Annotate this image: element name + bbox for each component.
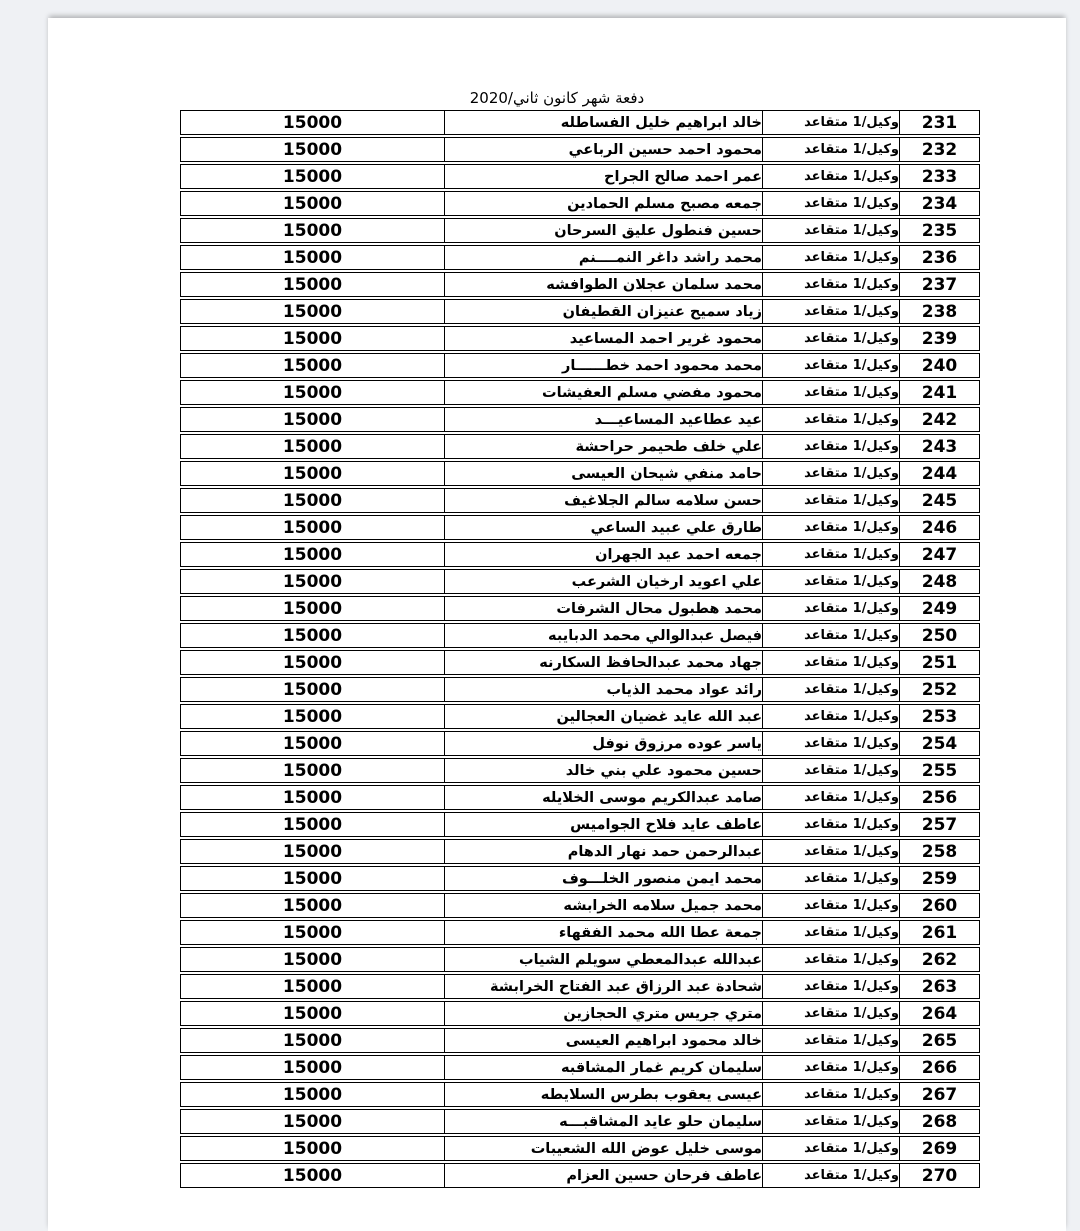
row-number-cell: 234 (900, 191, 980, 216)
table-row: 15000جهاد محمد عبدالحافظ السكارنهوكيل/1 … (180, 650, 980, 675)
table-row: 15000عيسى يعقوب بطرس السلايطهوكيل/1 متقا… (180, 1082, 980, 1107)
row-number-cell: 237 (900, 272, 980, 297)
table-row: 15000عبدالله عبدالمعطي سويلم الشيابوكيل/… (180, 947, 980, 972)
name-cell: جمعه احمد عيد الجهران (445, 542, 763, 567)
table-row: 15000عمر احمد صالح الجراحوكيل/1 متقاعد23… (180, 164, 980, 189)
table-row: 15000محمود مفضي مسلم العفيشاتوكيل/1 متقا… (180, 380, 980, 405)
table-row: 15000خالد محمود ابراهيم العيسىوكيل/1 متق… (180, 1028, 980, 1053)
amount-cell: 15000 (180, 893, 445, 918)
row-number-cell: 233 (900, 164, 980, 189)
row-number-cell: 255 (900, 758, 980, 783)
name-cell: محمد جميل سلامه الخرابشه (445, 893, 763, 918)
table-row: 15000جمعه احمد عيد الجهرانوكيل/1 متقاعد2… (180, 542, 980, 567)
name-cell: ياسر عوده مرزوق نوفل (445, 731, 763, 756)
name-cell: محمود مفضي مسلم العفيشات (445, 380, 763, 405)
table-row: 15000محمد جميل سلامه الخرابشهوكيل/1 متقا… (180, 893, 980, 918)
row-number-cell: 236 (900, 245, 980, 270)
rank-cell: وكيل/1 متقاعد (763, 542, 900, 567)
table-row: 15000رائد عواد محمد الذيابوكيل/1 متقاعد2… (180, 677, 980, 702)
table-row: 15000متري جريس متري الحجازينوكيل/1 متقاع… (180, 1001, 980, 1026)
rank-cell: وكيل/1 متقاعد (763, 839, 900, 864)
amount-cell: 15000 (180, 515, 445, 540)
rank-cell: وكيل/1 متقاعد (763, 191, 900, 216)
row-number-cell: 242 (900, 407, 980, 432)
name-cell: جهاد محمد عبدالحافظ السكارنه (445, 650, 763, 675)
amount-cell: 15000 (180, 218, 445, 243)
name-cell: عبدالرحمن حمد نهار الدهام (445, 839, 763, 864)
amount-cell: 15000 (180, 137, 445, 162)
amount-cell: 15000 (180, 326, 445, 351)
row-number-cell: 232 (900, 137, 980, 162)
rank-cell: وكيل/1 متقاعد (763, 920, 900, 945)
table-row: 15000جمعة عطا الله محمد الفقهاءوكيل/1 مت… (180, 920, 980, 945)
table-row: 15000زياد سميح عنيزان القطيفانوكيل/1 متق… (180, 299, 980, 324)
row-number-cell: 253 (900, 704, 980, 729)
row-number-cell: 265 (900, 1028, 980, 1053)
amount-cell: 15000 (180, 1136, 445, 1161)
amount-cell: 15000 (180, 272, 445, 297)
amount-cell: 15000 (180, 596, 445, 621)
amount-cell: 15000 (180, 866, 445, 891)
row-number-cell: 259 (900, 866, 980, 891)
table-row: 15000علي خلف طحيمر حراحشةوكيل/1 متقاعد24… (180, 434, 980, 459)
rank-cell: وكيل/1 متقاعد (763, 893, 900, 918)
table-row: 15000محمد هطبول محال الشرفاتوكيل/1 متقاع… (180, 596, 980, 621)
name-cell: حسين محمود علي بني خالد (445, 758, 763, 783)
name-cell: محمود غرير احمد المساعيد (445, 326, 763, 351)
rank-cell: وكيل/1 متقاعد (763, 947, 900, 972)
rank-cell: وكيل/1 متقاعد (763, 1055, 900, 1080)
amount-cell: 15000 (180, 1082, 445, 1107)
row-number-cell: 263 (900, 974, 980, 999)
table-row: 15000موسى خليل عوض الله الشعيباتوكيل/1 م… (180, 1136, 980, 1161)
rank-cell: وكيل/1 متقاعد (763, 245, 900, 270)
row-number-cell: 258 (900, 839, 980, 864)
name-cell: متري جريس متري الحجازين (445, 1001, 763, 1026)
document-viewer: دفعة شهر كانون ثاني/2020 15000خالد ابراه… (0, 0, 1080, 1231)
amount-cell: 15000 (180, 1028, 445, 1053)
amount-cell: 15000 (180, 785, 445, 810)
rank-cell: وكيل/1 متقاعد (763, 758, 900, 783)
table-row: 15000محمد محمود احمد خطــــــاروكيل/1 مت… (180, 353, 980, 378)
document-title: دفعة شهر كانون ثاني/2020 (48, 89, 1066, 107)
rank-cell: وكيل/1 متقاعد (763, 218, 900, 243)
name-cell: عاطف عايد فلاح الجواميس (445, 812, 763, 837)
rank-cell: وكيل/1 متقاعد (763, 1163, 900, 1188)
amount-cell: 15000 (180, 650, 445, 675)
amount-cell: 15000 (180, 191, 445, 216)
rank-cell: وكيل/1 متقاعد (763, 1028, 900, 1053)
row-number-cell: 267 (900, 1082, 980, 1107)
table-row: 15000حسين فنطول عليق السرحانوكيل/1 متقاع… (180, 218, 980, 243)
row-number-cell: 248 (900, 569, 980, 594)
table-row: 15000خالد ابراهيم خليل الفساطلهوكيل/1 مت… (180, 110, 980, 135)
name-cell: خالد محمود ابراهيم العيسى (445, 1028, 763, 1053)
row-number-cell: 251 (900, 650, 980, 675)
row-number-cell: 243 (900, 434, 980, 459)
table-row: 15000محمود احمد حسين الرباعيوكيل/1 متقاع… (180, 137, 980, 162)
table-row: 15000محمود غرير احمد المساعيدوكيل/1 متقا… (180, 326, 980, 351)
payroll-table-body: 15000خالد ابراهيم خليل الفساطلهوكيل/1 مت… (180, 110, 980, 1188)
amount-cell: 15000 (180, 731, 445, 756)
name-cell: طارق علي عبيد الساعي (445, 515, 763, 540)
amount-cell: 15000 (180, 569, 445, 594)
table-row: 15000فيصل عبدالوالي محمد الدبايبهوكيل/1 … (180, 623, 980, 648)
amount-cell: 15000 (180, 947, 445, 972)
row-number-cell: 244 (900, 461, 980, 486)
name-cell: موسى خليل عوض الله الشعيبات (445, 1136, 763, 1161)
table-row: 15000حامد منفي شيحان العيسىوكيل/1 متقاعد… (180, 461, 980, 486)
payroll-table: 15000خالد ابراهيم خليل الفساطلهوكيل/1 مت… (180, 108, 980, 1190)
amount-cell: 15000 (180, 164, 445, 189)
amount-cell: 15000 (180, 704, 445, 729)
table-row: 15000سليمان حلو عايد المشاقبـــهوكيل/1 م… (180, 1109, 980, 1134)
amount-cell: 15000 (180, 353, 445, 378)
table-row: 15000عبدالرحمن حمد نهار الدهاموكيل/1 متق… (180, 839, 980, 864)
rank-cell: وكيل/1 متقاعد (763, 299, 900, 324)
name-cell: حسن سلامه سالم الجلاغيف (445, 488, 763, 513)
rank-cell: وكيل/1 متقاعد (763, 1082, 900, 1107)
name-cell: جمعة عطا الله محمد الفقهاء (445, 920, 763, 945)
rank-cell: وكيل/1 متقاعد (763, 353, 900, 378)
rank-cell: وكيل/1 متقاعد (763, 569, 900, 594)
name-cell: صامد عبدالكريم موسى الخلايله (445, 785, 763, 810)
amount-cell: 15000 (180, 1109, 445, 1134)
rank-cell: وكيل/1 متقاعد (763, 488, 900, 513)
amount-cell: 15000 (180, 407, 445, 432)
amount-cell: 15000 (180, 488, 445, 513)
name-cell: محمد هطبول محال الشرفات (445, 596, 763, 621)
amount-cell: 15000 (180, 1001, 445, 1026)
rank-cell: وكيل/1 متقاعد (763, 515, 900, 540)
name-cell: فيصل عبدالوالي محمد الدبايبه (445, 623, 763, 648)
row-number-cell: 247 (900, 542, 980, 567)
row-number-cell: 261 (900, 920, 980, 945)
name-cell: عيد عطاعيد المساعيـــد (445, 407, 763, 432)
table-row: 15000محمد راشد داغر النمــــنموكيل/1 متق… (180, 245, 980, 270)
table-row: 15000عاطف فرحان حسين العزاموكيل/1 متقاعد… (180, 1163, 980, 1188)
amount-cell: 15000 (180, 542, 445, 567)
rank-cell: وكيل/1 متقاعد (763, 272, 900, 297)
rank-cell: وكيل/1 متقاعد (763, 812, 900, 837)
row-number-cell: 269 (900, 1136, 980, 1161)
amount-cell: 15000 (180, 812, 445, 837)
row-number-cell: 256 (900, 785, 980, 810)
rank-cell: وكيل/1 متقاعد (763, 866, 900, 891)
table-row: 15000حسين محمود علي بني خالدوكيل/1 متقاع… (180, 758, 980, 783)
row-number-cell: 264 (900, 1001, 980, 1026)
table-row: 15000سليمان كريم غمار المشاقبهوكيل/1 متق… (180, 1055, 980, 1080)
rank-cell: وكيل/1 متقاعد (763, 1001, 900, 1026)
table-row: 15000عاطف عايد فلاح الجواميسوكيل/1 متقاع… (180, 812, 980, 837)
row-number-cell: 240 (900, 353, 980, 378)
table-row: 15000صامد عبدالكريم موسى الخلايلهوكيل/1 … (180, 785, 980, 810)
amount-cell: 15000 (180, 758, 445, 783)
row-number-cell: 257 (900, 812, 980, 837)
row-number-cell: 254 (900, 731, 980, 756)
name-cell: سليمان كريم غمار المشاقبه (445, 1055, 763, 1080)
rank-cell: وكيل/1 متقاعد (763, 623, 900, 648)
rank-cell: وكيل/1 متقاعد (763, 461, 900, 486)
name-cell: حامد منفي شيحان العيسى (445, 461, 763, 486)
amount-cell: 15000 (180, 434, 445, 459)
table-row: 15000شحادة عبد الرزاق عبد الفتاح الخرابش… (180, 974, 980, 999)
rank-cell: وكيل/1 متقاعد (763, 650, 900, 675)
rank-cell: وكيل/1 متقاعد (763, 1136, 900, 1161)
name-cell: محمود احمد حسين الرباعي (445, 137, 763, 162)
row-number-cell: 238 (900, 299, 980, 324)
name-cell: محمد محمود احمد خطــــــار (445, 353, 763, 378)
table-row: 15000عبد الله عايد غضيان العجالينوكيل/1 … (180, 704, 980, 729)
name-cell: جمعه مصبح مسلم الحمادين (445, 191, 763, 216)
amount-cell: 15000 (180, 110, 445, 135)
table-row: 15000عيد عطاعيد المساعيـــدوكيل/1 متقاعد… (180, 407, 980, 432)
name-cell: عيسى يعقوب بطرس السلايطه (445, 1082, 763, 1107)
name-cell: عبد الله عايد غضيان العجالين (445, 704, 763, 729)
name-cell: زياد سميح عنيزان القطيفان (445, 299, 763, 324)
name-cell: خالد ابراهيم خليل الفساطله (445, 110, 763, 135)
name-cell: سليمان حلو عايد المشاقبـــه (445, 1109, 763, 1134)
table-row: 15000حسن سلامه سالم الجلاغيفوكيل/1 متقاع… (180, 488, 980, 513)
amount-cell: 15000 (180, 623, 445, 648)
row-number-cell: 246 (900, 515, 980, 540)
amount-cell: 15000 (180, 677, 445, 702)
name-cell: محمد ايمن منصور الخلـــوف (445, 866, 763, 891)
row-number-cell: 250 (900, 623, 980, 648)
row-number-cell: 239 (900, 326, 980, 351)
name-cell: علي اعويد ارخيان الشرعب (445, 569, 763, 594)
rank-cell: وكيل/1 متقاعد (763, 137, 900, 162)
amount-cell: 15000 (180, 380, 445, 405)
rank-cell: وكيل/1 متقاعد (763, 704, 900, 729)
amount-cell: 15000 (180, 839, 445, 864)
name-cell: محمد راشد داغر النمــــنم (445, 245, 763, 270)
rank-cell: وكيل/1 متقاعد (763, 326, 900, 351)
table-row: 15000محمد سلمان عجلان الطوافشهوكيل/1 متق… (180, 272, 980, 297)
table-row: 15000محمد ايمن منصور الخلـــوفوكيل/1 متق… (180, 866, 980, 891)
amount-cell: 15000 (180, 245, 445, 270)
amount-cell: 15000 (180, 1163, 445, 1188)
rank-cell: وكيل/1 متقاعد (763, 731, 900, 756)
row-number-cell: 262 (900, 947, 980, 972)
name-cell: عمر احمد صالح الجراح (445, 164, 763, 189)
rank-cell: وكيل/1 متقاعد (763, 164, 900, 189)
rank-cell: وكيل/1 متقاعد (763, 1109, 900, 1134)
name-cell: حسين فنطول عليق السرحان (445, 218, 763, 243)
table-row: 15000جمعه مصبح مسلم الحمادينوكيل/1 متقاع… (180, 191, 980, 216)
rank-cell: وكيل/1 متقاعد (763, 974, 900, 999)
name-cell: عاطف فرحان حسين العزام (445, 1163, 763, 1188)
rank-cell: وكيل/1 متقاعد (763, 434, 900, 459)
row-number-cell: 270 (900, 1163, 980, 1188)
row-number-cell: 260 (900, 893, 980, 918)
row-number-cell: 241 (900, 380, 980, 405)
amount-cell: 15000 (180, 461, 445, 486)
amount-cell: 15000 (180, 1055, 445, 1080)
name-cell: محمد سلمان عجلان الطوافشه (445, 272, 763, 297)
row-number-cell: 235 (900, 218, 980, 243)
row-number-cell: 266 (900, 1055, 980, 1080)
row-number-cell: 249 (900, 596, 980, 621)
name-cell: رائد عواد محمد الذياب (445, 677, 763, 702)
name-cell: علي خلف طحيمر حراحشة (445, 434, 763, 459)
table-row: 15000علي اعويد ارخيان الشرعبوكيل/1 متقاع… (180, 569, 980, 594)
amount-cell: 15000 (180, 974, 445, 999)
name-cell: شحادة عبد الرزاق عبد الفتاح الخرابشة (445, 974, 763, 999)
document-page: دفعة شهر كانون ثاني/2020 15000خالد ابراه… (48, 18, 1066, 1231)
row-number-cell: 231 (900, 110, 980, 135)
row-number-cell: 268 (900, 1109, 980, 1134)
amount-cell: 15000 (180, 299, 445, 324)
amount-cell: 15000 (180, 920, 445, 945)
rank-cell: وكيل/1 متقاعد (763, 407, 900, 432)
rank-cell: وكيل/1 متقاعد (763, 677, 900, 702)
name-cell: عبدالله عبدالمعطي سويلم الشياب (445, 947, 763, 972)
table-row: 15000طارق علي عبيد الساعيوكيل/1 متقاعد24… (180, 515, 980, 540)
row-number-cell: 252 (900, 677, 980, 702)
rank-cell: وكيل/1 متقاعد (763, 380, 900, 405)
table-row: 15000ياسر عوده مرزوق نوفلوكيل/1 متقاعد25… (180, 731, 980, 756)
row-number-cell: 245 (900, 488, 980, 513)
rank-cell: وكيل/1 متقاعد (763, 785, 900, 810)
rank-cell: وكيل/1 متقاعد (763, 110, 900, 135)
rank-cell: وكيل/1 متقاعد (763, 596, 900, 621)
